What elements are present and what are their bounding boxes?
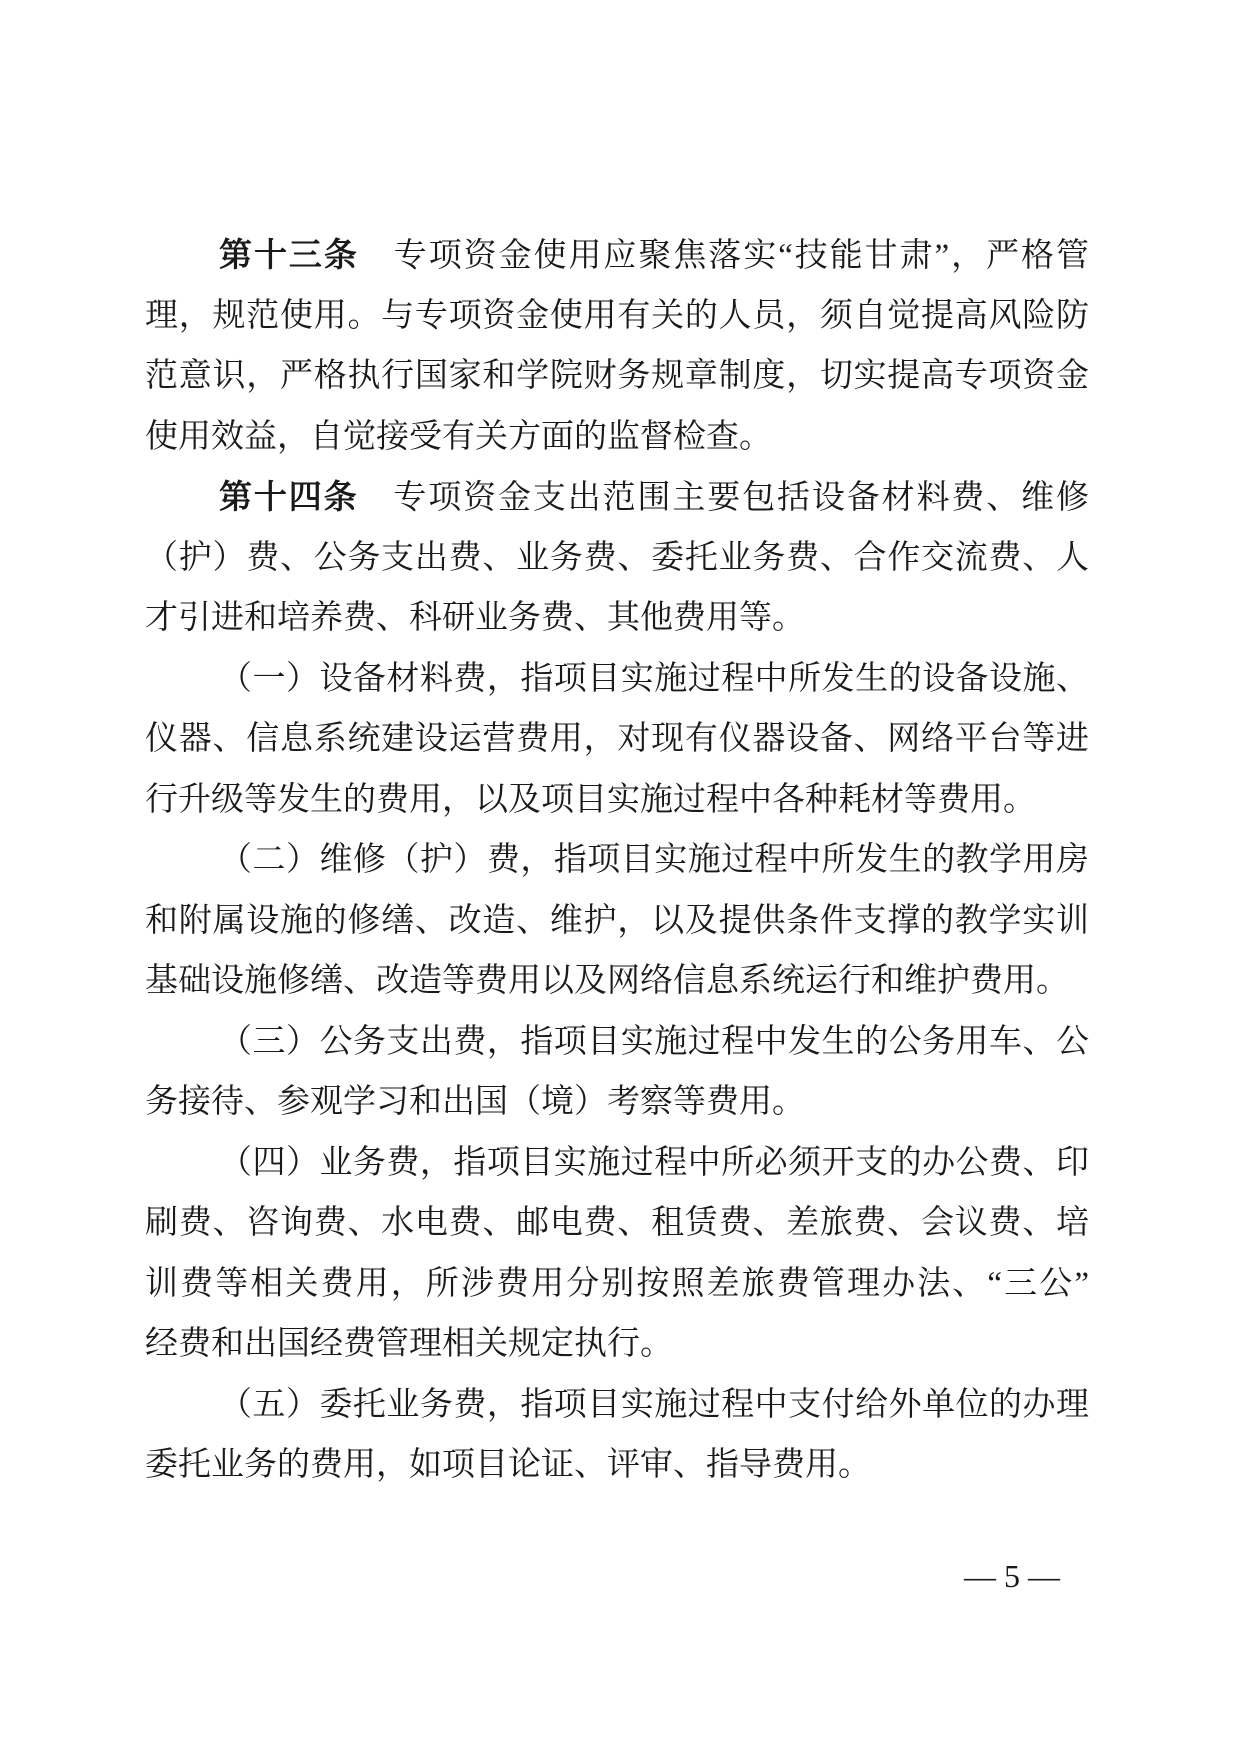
- document-page: 第十三条 专项资金使用应聚焦落实“技能甘肃”，严格管理，规范使用。与专项资金使用…: [0, 0, 1240, 1754]
- line-text: （一）设备材料费，指项目实施过程中所发生的设备设施、: [219, 661, 1089, 697]
- line-text: 使用效益，自觉接受有关方面的监督检查。: [145, 419, 772, 455]
- line-text: 才引进和培养费、科研业务费、其他费用等。: [145, 600, 805, 636]
- text-line: 理，规范使用。与专项资金使用有关的人员，须自觉提高风险防: [145, 286, 1089, 347]
- line-text: 委托业务的费用，如项目论证、评审、指导费用。: [145, 1447, 871, 1483]
- text-line: 第十三条 专项资金使用应聚焦落实“技能甘肃”，严格管: [145, 225, 1089, 286]
- text-line: （四）业务费，指项目实施过程中所必须开支的办公费、印: [145, 1133, 1089, 1194]
- article-number: 第十三条: [219, 236, 359, 273]
- line-text: 和附属设施的修缮、改造、维护，以及提供条件支撑的教学实训: [145, 903, 1089, 939]
- line-text: （三）公务支出费，指项目实施过程中发生的公务用车、公: [219, 1024, 1089, 1060]
- text-line: 仪器、信息系统建设运营费用，对现有仪器设备、网络平台等进: [145, 709, 1089, 770]
- text-line: （二）维修（护）费，指项目实施过程中所发生的教学用房: [145, 830, 1089, 891]
- text-line: 行升级等发生的费用，以及项目实施过程中各种耗材等费用。: [145, 770, 1089, 831]
- line-text: 刷费、咨询费、水电费、邮电费、租赁费、差旅费、会议费、培: [145, 1205, 1089, 1241]
- line-text: （二）维修（护）费，指项目实施过程中所发生的教学用房: [219, 842, 1089, 878]
- text-line: 使用效益，自觉接受有关方面的监督检查。: [145, 407, 1089, 468]
- text-line: 才引进和培养费、科研业务费、其他费用等。: [145, 588, 1089, 649]
- page-number: — 5 —: [964, 1552, 1094, 1600]
- text-line: 范意识，严格执行国家和学院财务规章制度，切实提高专项资金: [145, 346, 1089, 407]
- line-text: （五）委托业务费，指项目实施过程中支付给外单位的办理: [219, 1387, 1089, 1423]
- text-line: （护）费、公务支出费、业务费、委托业务费、合作交流费、人: [145, 528, 1089, 589]
- text-line: 基础设施修缮、改造等费用以及网络信息系统运行和维护费用。: [145, 951, 1089, 1012]
- line-text: 经费和出国经费管理相关规定执行。: [145, 1326, 673, 1362]
- text-line: （五）委托业务费，指项目实施过程中支付给外单位的办理: [145, 1375, 1089, 1436]
- text-line: 训费等相关费用，所涉费用分别按照差旅费管理办法、“三公”: [145, 1254, 1089, 1315]
- line-text: 训费等相关费用，所涉费用分别按照差旅费管理办法、“三公”: [145, 1266, 1089, 1302]
- text-line: （一）设备材料费，指项目实施过程中所发生的设备设施、: [145, 649, 1089, 710]
- article-number: 第十四条: [219, 478, 359, 515]
- line-text: 理，规范使用。与专项资金使用有关的人员，须自觉提高风险防: [145, 298, 1089, 334]
- text-line: 第十四条 专项资金支出范围主要包括设备材料费、维修: [145, 467, 1089, 528]
- line-text: 行升级等发生的费用，以及项目实施过程中各种耗材等费用。: [145, 782, 1036, 818]
- line-text: 基础设施修缮、改造等费用以及网络信息系统运行和维护费用。: [145, 963, 1069, 999]
- line-text: 专项资金支出范围主要包括设备材料费、维修: [359, 480, 1090, 516]
- line-text: （护）费、公务支出费、业务费、委托业务费、合作交流费、人: [145, 540, 1089, 576]
- document-body: 第十三条 专项资金使用应聚焦落实“技能甘肃”，严格管理，规范使用。与专项资金使用…: [145, 225, 1089, 1496]
- text-line: 务接待、参观学习和出国（境）考察等费用。: [145, 1072, 1089, 1133]
- text-line: （三）公务支出费，指项目实施过程中发生的公务用车、公: [145, 1012, 1089, 1073]
- line-text: （四）业务费，指项目实施过程中所必须开支的办公费、印: [219, 1145, 1089, 1181]
- line-text: 范意识，严格执行国家和学院财务规章制度，切实提高专项资金: [145, 358, 1089, 394]
- line-text: 仪器、信息系统建设运营费用，对现有仪器设备、网络平台等进: [145, 721, 1089, 757]
- text-line: 经费和出国经费管理相关规定执行。: [145, 1314, 1089, 1375]
- text-line: 和附属设施的修缮、改造、维护，以及提供条件支撑的教学实训: [145, 891, 1089, 952]
- text-line: 委托业务的费用，如项目论证、评审、指导费用。: [145, 1435, 1089, 1496]
- text-line: 刷费、咨询费、水电费、邮电费、租赁费、差旅费、会议费、培: [145, 1193, 1089, 1254]
- line-text: 务接待、参观学习和出国（境）考察等费用。: [145, 1084, 805, 1120]
- line-text: 专项资金使用应聚焦落实“技能甘肃”，严格管: [359, 238, 1089, 274]
